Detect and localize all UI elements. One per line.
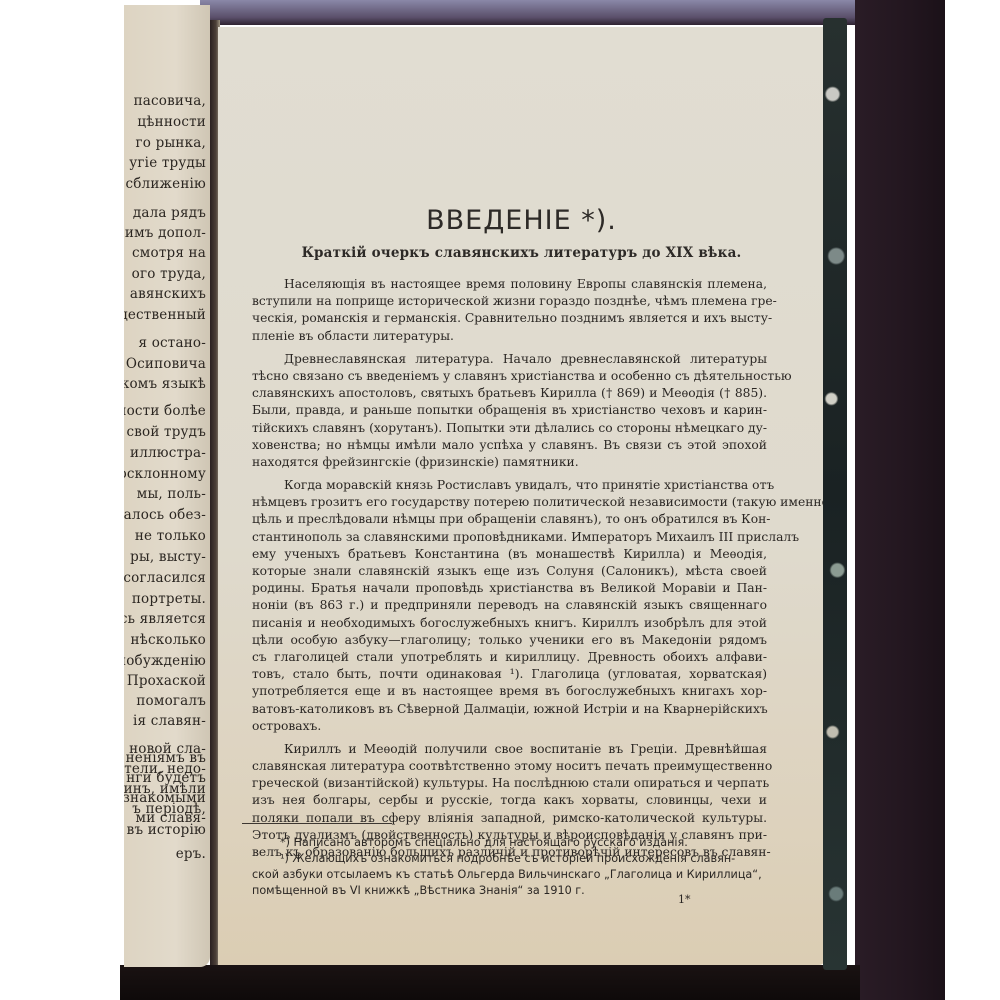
signature-mark: 1* — [678, 893, 691, 906]
text-line: родины. Братья начали проповѣдь христіан… — [252, 580, 767, 597]
left-page-line: осклонному — [124, 466, 206, 482]
page-subtitle: Краткій очеркъ славянскихъ литературъ до… — [218, 245, 825, 261]
left-page-line: еръ. — [176, 846, 206, 862]
book-cover-right — [855, 0, 945, 1000]
book-photo: пасовича,цѣнностиго рынка,угіе трудысбли… — [0, 0, 1000, 1000]
left-page: пасовича,цѣнностиго рынка,угіе трудысбли… — [124, 5, 210, 967]
left-page-line: ры, высту- — [130, 549, 206, 565]
left-page-line: помогалъ — [136, 693, 206, 709]
left-page-line: нги будетъ — [126, 770, 206, 786]
left-page-line: Прохаской — [127, 673, 206, 689]
text-line: Древнеславянская литература. Начало древ… — [252, 351, 767, 368]
footnote-line: *) Написано авторомъ спеціально для наст… — [252, 835, 732, 851]
footnote-line: помѣщенной въ VI книжкѣ „Вѣстника Знанія… — [252, 883, 732, 899]
text-line: ховенства; но нѣмцы имѣли мало успѣха у … — [252, 437, 767, 454]
left-page-line: ности болѣе — [124, 403, 206, 419]
text-line: которые знали славянскій языкъ еще изъ С… — [252, 563, 767, 580]
left-page-line: го рынка, — [136, 135, 206, 151]
text-line: цѣли особую азбуку—глаголицу; только уче… — [252, 632, 767, 649]
left-page-line: побужденію — [124, 653, 206, 669]
left-page-line: ми славя- — [136, 810, 206, 826]
left-page-line: свой трудъ — [126, 424, 206, 440]
text-line: островахъ. — [252, 718, 767, 735]
footnote-line: ской азбуки отсылаемъ къ статьѣ Ольгерда… — [252, 867, 732, 883]
left-page-line: цѣнности — [137, 114, 206, 130]
text-line: находятся фрейзингскіе (фризинскіе) памя… — [252, 454, 767, 471]
left-page-line: нѣсколько — [130, 632, 206, 648]
text-line: славянскихъ апостоловъ, святыхъ братьевъ… — [252, 385, 767, 402]
page-title: ВВЕДЕНІЕ *). — [218, 205, 825, 236]
left-page-line: смотря на — [132, 245, 206, 261]
left-page-line: дала рядъ — [133, 205, 206, 221]
text-line: славянская литература соотвѣтственно это… — [252, 758, 767, 775]
table-shadow — [120, 965, 860, 1000]
paragraph: Древнеславянская литература. Начало древ… — [252, 351, 767, 471]
text-line: ему ученыхъ братьевъ Константина (въ мон… — [252, 546, 767, 563]
left-page-line: ого труда, — [132, 266, 206, 282]
left-page-line: авянскихъ — [130, 286, 206, 302]
text-line: тѣсно связано съ введеніемъ у славянъ хр… — [252, 368, 767, 385]
footnote-line: ¹) Желающихъ ознакомиться подробнѣе съ и… — [252, 851, 732, 867]
text-line: ноніи (въ 863 г.) и предприняли переводъ… — [252, 597, 767, 614]
left-page-line: иллюстра- — [130, 445, 206, 461]
text-line: употребляется еще и въ настоящее время в… — [252, 683, 767, 700]
paragraph: Когда моравскій князь Ростиславъ увидалъ… — [252, 477, 767, 735]
paragraph: Населяющія въ настоящее время половину Е… — [252, 276, 767, 345]
left-page-line: мы, поль- — [137, 486, 206, 502]
left-page-line: алось обез- — [124, 507, 206, 523]
text-line: съ глаголицей стали употреблять и кирилл… — [252, 649, 767, 666]
body-text: Населяющія въ настоящее время половину Е… — [252, 276, 767, 861]
text-line: греческой (византійской) культуры. На по… — [252, 775, 767, 792]
text-line: стантинополь за славянскими проповѣдника… — [252, 529, 767, 546]
left-page-line: не только — [135, 528, 206, 544]
text-line: товъ, стало быть, почти одинаковая ¹). Г… — [252, 666, 767, 683]
text-line: вступили на поприще исторической жизни г… — [252, 293, 767, 310]
text-line: нѣмцевъ грозитъ его государству потерею … — [252, 494, 767, 511]
text-line: писанія и необходимыхъ богослужебныхъ кн… — [252, 615, 767, 632]
left-page-line: сближенію — [125, 176, 206, 192]
marbled-spine-edge — [823, 18, 847, 970]
text-line: Кириллъ и Меѳодій получили свое воспитан… — [252, 741, 767, 758]
right-page: ВВЕДЕНІЕ *). Краткій очеркъ славянскихъ … — [218, 27, 825, 965]
text-line: изъ нея болгары, сербы и русскіе, тогда … — [252, 792, 767, 809]
text-line: поляки попали въ сферу вліянія западной,… — [252, 810, 767, 827]
left-page-line: сь является — [124, 611, 206, 627]
left-page-line: пасовича, — [134, 93, 206, 109]
left-page-line: я остано- — [138, 335, 206, 351]
footnotes: *) Написано авторомъ спеціально для наст… — [252, 835, 732, 899]
text-line: ватовъ-католиковъ въ Сѣверной Далмаціи, … — [252, 701, 767, 718]
left-page-line: имъ допол- — [125, 225, 206, 241]
left-page-line: комъ языкѣ — [124, 376, 206, 392]
text-line: Когда моравскій князь Ростиславъ увидалъ… — [252, 477, 767, 494]
text-line: тійскихъ славянъ (хорутанъ). Попытки эти… — [252, 420, 767, 437]
footnote-divider — [242, 823, 392, 824]
left-page-line: согласился — [124, 570, 206, 586]
left-page-line: угіе труды — [129, 155, 206, 171]
left-page-line: неніямъ въ — [126, 750, 206, 766]
left-page-line: Осиповича — [126, 356, 206, 372]
text-line: цѣль и преслѣдовали нѣмцы при обращеніи … — [252, 511, 767, 528]
text-line: ческія, романскія и германскія. Сравните… — [252, 310, 767, 327]
text-line: Населяющія въ настоящее время половину Е… — [252, 276, 767, 293]
text-line: пленіе въ области литературы. — [252, 328, 767, 345]
left-page-line: портреты. — [132, 591, 206, 607]
text-line: Были, правда, и раньше попытки обращенія… — [252, 402, 767, 419]
left-page-line: знакомыми — [124, 790, 206, 806]
left-page-line: щественный — [124, 307, 206, 323]
left-page-line: ія славян- — [133, 713, 206, 729]
